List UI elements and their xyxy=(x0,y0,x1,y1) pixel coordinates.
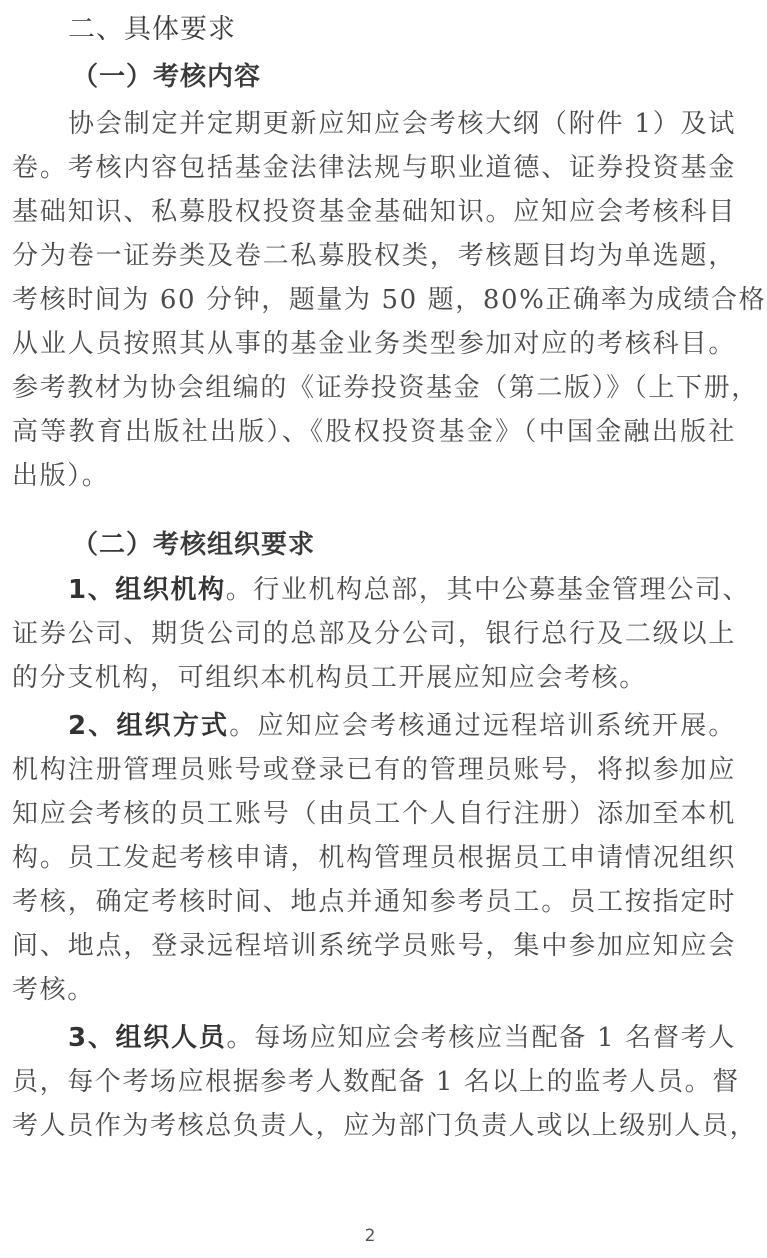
paragraph-line: 构。员工发起考核申请，机构管理员根据员工申请情况组织 xyxy=(12,841,736,875)
paragraph-line: 分为卷一证券类及卷二私募股权类，考核题目均为单选题， xyxy=(12,239,736,273)
paragraph-line: 高等教育出版社出版）、《股权投资基金》（中国金融出版社 xyxy=(12,415,736,449)
section-title: 二、具体要求 xyxy=(68,13,236,47)
paragraph-line: 考人员作为考核总负责人，应为部门负责人或以上级别人员， xyxy=(12,1109,736,1143)
paragraph-line: 参考教材为协会组编的《证券投资基金（第二版）》（上下册， xyxy=(12,371,736,405)
paragraph-line: 证券公司、期货公司的总部及分公司，银行总行及二级以上 xyxy=(12,617,736,651)
paragraph-line: 1、组织机构。行业机构总部，其中公募基金管理公司、 xyxy=(68,573,736,607)
paragraph-line: 考核时间为 60 分钟，题量为 50 题，80%正确率为成绩合格， xyxy=(12,283,736,317)
paragraph-line: 间、地点，登录远程培训系统学员账号，集中参加应知应会 xyxy=(12,929,736,963)
paragraph-line: 卷。考核内容包括基金法律法规与职业道德、证券投资基金 xyxy=(12,151,736,185)
paragraph-line: 2、组织方式。应知应会考核通过远程培训系统开展。 xyxy=(68,709,736,743)
paragraph-line: 从业人员按照其从事的基金业务类型参加对应的考核科目。 xyxy=(12,327,736,361)
item-lead: 1、组织机构 xyxy=(68,575,226,605)
subsection-title-exam-content: （一）考核内容 xyxy=(72,60,261,94)
paragraph-line: 基础知识、私募股权投资基金基础知识。应知应会考核科目 xyxy=(12,195,736,229)
subsection-title-exam-organization: （二）考核组织要求 xyxy=(72,528,315,562)
paragraph-line: 出版）。 xyxy=(12,459,736,493)
page-number: 2 xyxy=(0,1226,740,1246)
paragraph-line: 协会制定并定期更新应知应会考核大纲（附件 1）及试 xyxy=(68,107,736,141)
item-text: 。应知应会考核通过远程培训系统开展。 xyxy=(229,711,736,741)
paragraph-line: 机构注册管理员账号或登录已有的管理员账号，将拟参加应 xyxy=(12,753,736,787)
paragraph-line: 3、组织人员。每场应知应会考核应当配备 1 名督考人 xyxy=(68,1021,736,1055)
paragraph-line: 考核，确定考核时间、地点并通知参考员工。员工按指定时 xyxy=(12,885,736,919)
item-text: 。行业机构总部，其中公募基金管理公司、 xyxy=(226,575,750,605)
paragraph-line: 的分支机构，可组织本机构员工开展应知应会考核。 xyxy=(12,661,736,695)
paragraph-line: 员，每个考场应根据参考人数配备 1 名以上的监考人员。督 xyxy=(12,1065,736,1099)
item-lead: 2、组织方式 xyxy=(68,711,229,741)
item-lead: 3、组织人员 xyxy=(68,1023,227,1053)
paragraph-line: 知应会考核的员工账号（由员工个人自行注册）添加至本机 xyxy=(12,797,736,831)
item-text: 。每场应知应会考核应当配备 1 名督考人 xyxy=(227,1023,737,1053)
paragraph-line: 考核。 xyxy=(12,973,736,1007)
